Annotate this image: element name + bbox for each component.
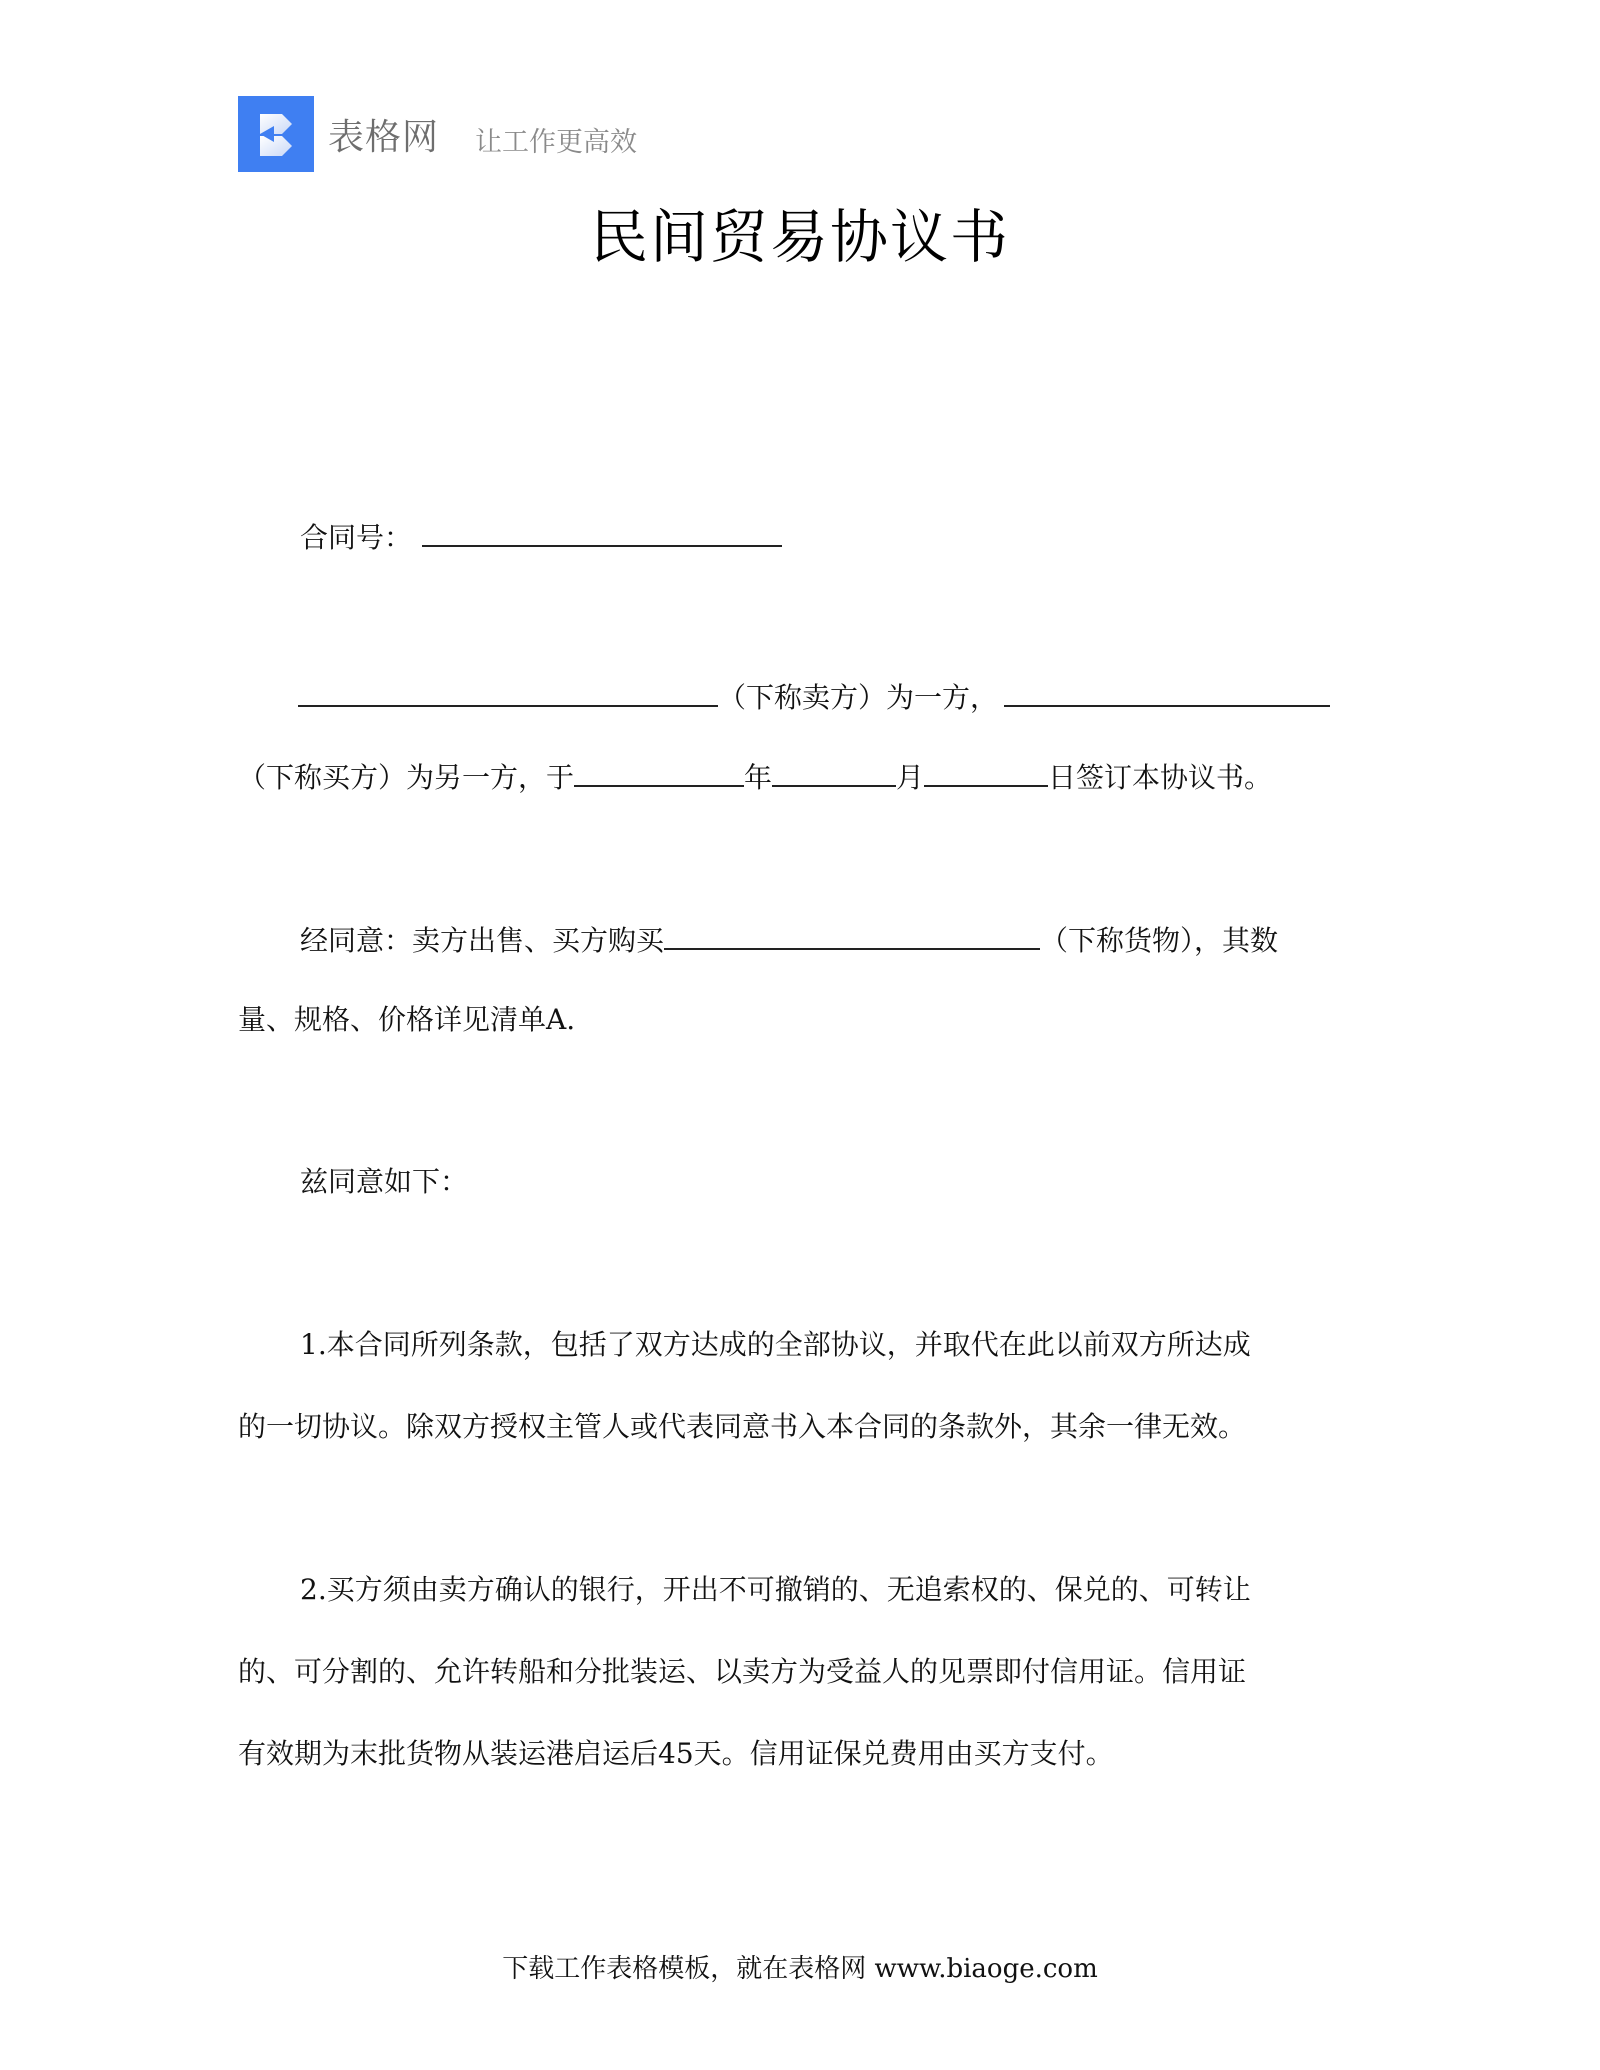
agreement-suffix: （下称货物），其数 (1040, 924, 1278, 957)
clause-2-line-3: 有效期为末批货物从装运港启运后45天。信用证保兑费用由买方支付。 (238, 1734, 1368, 1774)
seller-suffix: （下称卖方）为一方， (718, 681, 998, 714)
site-header: 表格网 让工作更高效 (238, 95, 637, 173)
clause-1-line-1: 1.本合同所列条款，包括了双方达成的全部协议，并取代在此以前双方所达成 (300, 1325, 1430, 1365)
contract-number-label: 合同号： (300, 521, 412, 554)
biaoge-logo-icon (238, 96, 314, 172)
parties-line-2: （下称买方）为另一方，于年月日签订本协议书。 (238, 755, 1368, 798)
month-label: 月 (896, 761, 924, 794)
day-blank[interactable] (924, 755, 1048, 787)
day-suffix: 日签订本协议书。 (1048, 761, 1272, 794)
clause-2-line-2: 的、可分割的、允许转船和分批装运、以卖方为受益人的见票即付信用证。信用证 (238, 1652, 1368, 1692)
month-blank[interactable] (772, 755, 896, 787)
parties-line-1: （下称卖方）为一方， (298, 675, 1428, 718)
clause-2-line-1: 2.买方须由卖方确认的银行，开出不可撤销的、无追索权的、保兑的、可转让 (300, 1570, 1430, 1610)
contract-number-blank[interactable] (422, 515, 782, 547)
agreement-line-2: 量、规格、价格详见清单A. (238, 1000, 1368, 1040)
brand-slogan: 让工作更高效 (475, 120, 637, 159)
brand-name: 表格网 (328, 109, 439, 160)
footer-text: 下载工作表格模板，就在表格网 www.biaoge.com (0, 1948, 1600, 1985)
document-title: 民间贸易协议书 (0, 190, 1600, 274)
clause-1-line-2: 的一切协议。除双方授权主管人或代表同意书入本合同的条款外，其余一律无效。 (238, 1407, 1368, 1447)
goods-blank[interactable] (664, 918, 1040, 950)
agree-heading: 兹同意如下： (300, 1162, 1430, 1202)
buyer-prefix: （下称买方）为另一方，于 (238, 761, 574, 794)
agreement-line-1: 经同意：卖方出售、买方购买（下称货物），其数 (300, 918, 1430, 961)
buyer-name-blank[interactable] (1004, 675, 1330, 707)
year-blank[interactable] (574, 755, 744, 787)
agreement-prefix: 经同意：卖方出售、买方购买 (300, 924, 664, 957)
year-label: 年 (744, 761, 772, 794)
seller-name-blank[interactable] (298, 675, 718, 707)
contract-number-line: 合同号： (300, 515, 1430, 558)
